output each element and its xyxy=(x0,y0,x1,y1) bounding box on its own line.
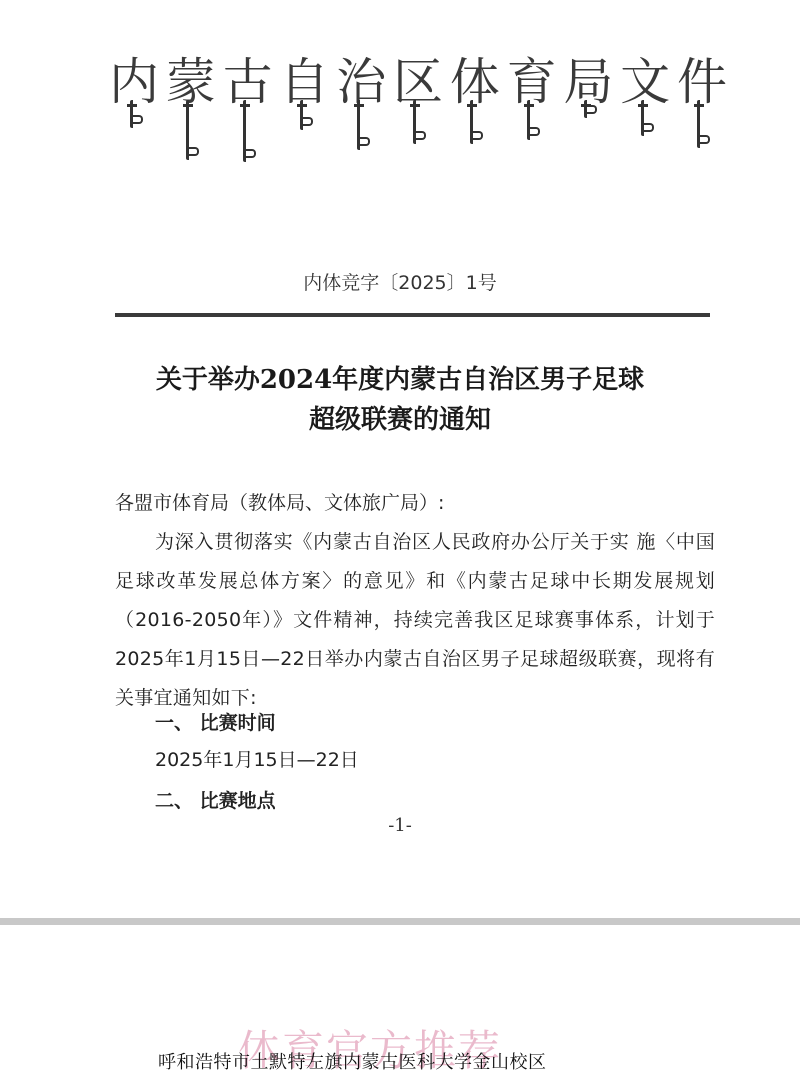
section-body-time: 2025年1月15日—22日 xyxy=(155,745,359,772)
mongolian-glyph xyxy=(449,100,501,162)
mongolian-glyph xyxy=(108,100,160,162)
mongolian-glyph xyxy=(335,100,387,162)
mongolian-glyph xyxy=(676,100,728,162)
title-line-2: 超级联赛的通知 xyxy=(0,400,800,440)
document-page-1: 内 蒙 古 自 治 区 体 育 局 文 件 内体竞字〔2025〕1号 关于举办2… xyxy=(0,0,800,915)
section-heading-venue: 二、 比赛地点 xyxy=(155,786,276,813)
mongolian-glyph xyxy=(278,100,330,162)
mongolian-script-row xyxy=(108,100,728,162)
mongolian-glyph xyxy=(222,100,274,162)
page-separator xyxy=(0,918,800,925)
mongolian-glyph xyxy=(392,100,444,162)
document-number: 内体竞字〔2025〕1号 xyxy=(0,268,800,295)
page-number: -1- xyxy=(0,815,800,836)
document-title: 关于举办2024年度内蒙古自治区男子足球 超级联赛的通知 xyxy=(0,360,800,440)
section-body-venue: 呼和浩特市土默特左旗内蒙古医科大学金山校区 xyxy=(158,1048,547,1074)
header-divider xyxy=(115,313,710,317)
section-heading-time: 一、 比赛时间 xyxy=(155,708,276,735)
mongolian-glyph xyxy=(562,100,614,162)
intro-paragraph: 为深入贯彻落实《内蒙古自治区人民政府办公厅关于实 施〈中国足球改革发展总体方案〉… xyxy=(115,523,715,718)
title-line-1: 关于举办2024年度内蒙古自治区男子足球 xyxy=(0,360,800,400)
mongolian-glyph xyxy=(619,100,671,162)
salutation: 各盟市体育局（教体局、文体旅广局）: xyxy=(115,484,715,523)
mongolian-glyph xyxy=(506,100,558,162)
mongolian-glyph xyxy=(165,100,217,162)
